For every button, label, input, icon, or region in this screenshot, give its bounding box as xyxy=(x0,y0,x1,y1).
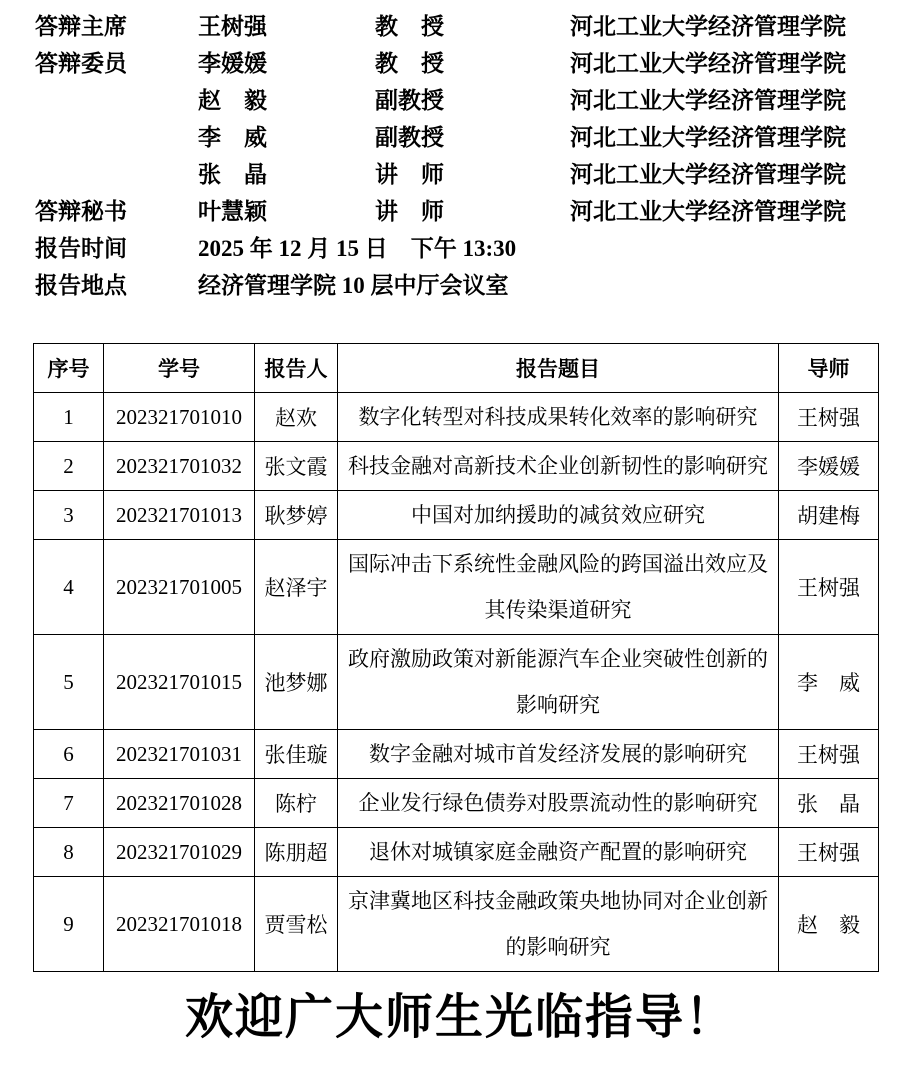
cell-no: 8 xyxy=(34,828,104,877)
cell-no: 3 xyxy=(34,491,104,540)
member-org: 河北工业大学经济管理学院 xyxy=(570,119,846,156)
member-row: 答辩主席 王树强 教 授 河北工业大学经济管理学院 xyxy=(0,8,920,45)
cell-student-id: 202321701010 xyxy=(104,393,255,442)
member-org: 河北工业大学经济管理学院 xyxy=(570,8,846,45)
table-row: 3 202321701013 耿梦婷 中国对加纳援助的减贫效应研究 胡建梅 xyxy=(34,491,879,540)
info-label: 答辩秘书 xyxy=(35,193,127,230)
member-org: 河北工业大学经济管理学院 xyxy=(570,45,846,82)
member-row: 答辩委员 李媛媛 教 授 河北工业大学经济管理学院 xyxy=(0,45,920,82)
cell-advisor: 赵 毅 xyxy=(779,877,879,972)
cell-report-title: 数字金融对城市首发经济发展的影响研究 xyxy=(338,730,779,779)
cell-presenter: 陈柠 xyxy=(255,779,338,828)
header-cell-studentid: 学号 xyxy=(104,344,255,393)
info-label: 答辩主席 xyxy=(35,8,127,45)
member-org: 河北工业大学经济管理学院 xyxy=(570,156,846,193)
cell-advisor: 李媛媛 xyxy=(779,442,879,491)
cell-advisor: 李 威 xyxy=(779,635,879,730)
cell-presenter: 张文霞 xyxy=(255,442,338,491)
cell-no: 4 xyxy=(34,540,104,635)
cell-report-title: 科技金融对高新技术企业创新韧性的影响研究 xyxy=(338,442,779,491)
defense-members: 答辩主席 王树强 教 授 河北工业大学经济管理学院 答辩委员 李媛媛 教 授 河… xyxy=(0,8,920,230)
member-row: 张 晶 讲 师 河北工业大学经济管理学院 xyxy=(0,156,920,193)
cell-report-title: 国际冲击下系统性金融风险的跨国溢出效应及 其传染渠道研究 xyxy=(338,540,779,635)
member-name: 赵 毅 xyxy=(198,82,267,119)
member-title: 副教授 xyxy=(375,82,444,119)
member-row: 赵 毅 副教授 河北工业大学经济管理学院 xyxy=(0,82,920,119)
member-title: 教 授 xyxy=(375,8,444,45)
cell-report-title: 中国对加纳援助的减贫效应研究 xyxy=(338,491,779,540)
header-cell-presenter: 报告人 xyxy=(255,344,338,393)
cell-presenter: 赵泽宇 xyxy=(255,540,338,635)
cell-advisor: 王树强 xyxy=(779,540,879,635)
cell-report-title: 退休对城镇家庭金融资产配置的影响研究 xyxy=(338,828,779,877)
header-cell-advisor: 导师 xyxy=(779,344,879,393)
member-name: 李 威 xyxy=(198,119,267,156)
cell-advisor: 王树强 xyxy=(779,828,879,877)
cell-student-id: 202321701029 xyxy=(104,828,255,877)
cell-report-title: 政府激励政策对新能源汽车企业突破性创新的 影响研究 xyxy=(338,635,779,730)
member-row: 答辩秘书 叶慧颖 讲 师 河北工业大学经济管理学院 xyxy=(0,193,920,230)
meta-row-place: 报告地点 经济管理学院 10 层中厅会议室 xyxy=(0,267,920,304)
table-row: 8 202321701029 陈朋超 退休对城镇家庭金融资产配置的影响研究 王树… xyxy=(34,828,879,877)
cell-presenter: 陈朋超 xyxy=(255,828,338,877)
meta-row-time: 报告时间 2025 年 12 月 15 日 下午 13:30 xyxy=(0,230,920,267)
member-org: 河北工业大学经济管理学院 xyxy=(570,193,846,230)
meta-label: 报告地点 xyxy=(35,267,127,304)
cell-student-id: 202321701032 xyxy=(104,442,255,491)
member-row: 李 威 副教授 河北工业大学经济管理学院 xyxy=(0,119,920,156)
table-row: 1 202321701010 赵欢 数字化转型对科技成果转化效率的影响研究 王树… xyxy=(34,393,879,442)
schedule-body: 1 202321701010 赵欢 数字化转型对科技成果转化效率的影响研究 王树… xyxy=(34,393,879,972)
meta-label: 报告时间 xyxy=(35,230,127,267)
cell-no: 2 xyxy=(34,442,104,491)
meta-value: 经济管理学院 10 层中厅会议室 xyxy=(198,267,509,304)
member-name: 张 晶 xyxy=(198,156,267,193)
cell-no: 7 xyxy=(34,779,104,828)
header-cell-no: 序号 xyxy=(34,344,104,393)
cell-advisor: 张 晶 xyxy=(779,779,879,828)
document-page: 答辩主席 王树强 教 授 河北工业大学经济管理学院 答辩委员 李媛媛 教 授 河… xyxy=(0,0,920,1078)
schedule-table: 序号 学号 报告人 报告题目 导师 1 202321701010 赵欢 数字化转… xyxy=(33,343,879,972)
header-cell-title: 报告题目 xyxy=(338,344,779,393)
member-title: 副教授 xyxy=(375,119,444,156)
cell-advisor: 王树强 xyxy=(779,730,879,779)
cell-report-title: 京津冀地区科技金融政策央地协同对企业创新 的影响研究 xyxy=(338,877,779,972)
cell-report-title: 数字化转型对科技成果转化效率的影响研究 xyxy=(338,393,779,442)
cell-no: 1 xyxy=(34,393,104,442)
member-title: 教 授 xyxy=(375,45,444,82)
member-title: 讲 师 xyxy=(375,156,444,193)
table-row: 9 202321701018 贾雪松 京津冀地区科技金融政策央地协同对企业创新 … xyxy=(34,877,879,972)
cell-student-id: 202321701013 xyxy=(104,491,255,540)
table-row: 6 202321701031 张佳璇 数字金融对城市首发经济发展的影响研究 王树… xyxy=(34,730,879,779)
defense-info: 答辩主席 王树强 教 授 河北工业大学经济管理学院 答辩委员 李媛媛 教 授 河… xyxy=(0,0,920,304)
cell-no: 9 xyxy=(34,877,104,972)
cell-advisor: 胡建梅 xyxy=(779,491,879,540)
cell-presenter: 池梦娜 xyxy=(255,635,338,730)
cell-presenter: 耿梦婷 xyxy=(255,491,338,540)
welcome-banner: 欢迎广大师生光临指导！ xyxy=(0,986,920,1050)
meta-value: 2025 年 12 月 15 日 下午 13:30 xyxy=(198,230,516,267)
cell-advisor: 王树强 xyxy=(779,393,879,442)
info-label: 答辩委员 xyxy=(35,45,127,82)
cell-no: 5 xyxy=(34,635,104,730)
table-row: 7 202321701028 陈柠 企业发行绿色债券对股票流动性的影响研究 张 … xyxy=(34,779,879,828)
cell-student-id: 202321701005 xyxy=(104,540,255,635)
member-title: 讲 师 xyxy=(375,193,444,230)
table-row: 5 202321701015 池梦娜 政府激励政策对新能源汽车企业突破性创新的 … xyxy=(34,635,879,730)
cell-student-id: 202321701028 xyxy=(104,779,255,828)
member-name: 李媛媛 xyxy=(198,45,267,82)
cell-student-id: 202321701031 xyxy=(104,730,255,779)
cell-presenter: 贾雪松 xyxy=(255,877,338,972)
table-row: 2 202321701032 张文霞 科技金融对高新技术企业创新韧性的影响研究 … xyxy=(34,442,879,491)
member-org: 河北工业大学经济管理学院 xyxy=(570,82,846,119)
cell-presenter: 赵欢 xyxy=(255,393,338,442)
member-name: 叶慧颖 xyxy=(198,193,267,230)
member-name: 王树强 xyxy=(198,8,267,45)
cell-report-title: 企业发行绿色债券对股票流动性的影响研究 xyxy=(338,779,779,828)
table-row: 4 202321701005 赵泽宇 国际冲击下系统性金融风险的跨国溢出效应及 … xyxy=(34,540,879,635)
cell-student-id: 202321701015 xyxy=(104,635,255,730)
cell-no: 6 xyxy=(34,730,104,779)
table-header-row: 序号 学号 报告人 报告题目 导师 xyxy=(34,344,879,393)
cell-student-id: 202321701018 xyxy=(104,877,255,972)
cell-presenter: 张佳璇 xyxy=(255,730,338,779)
